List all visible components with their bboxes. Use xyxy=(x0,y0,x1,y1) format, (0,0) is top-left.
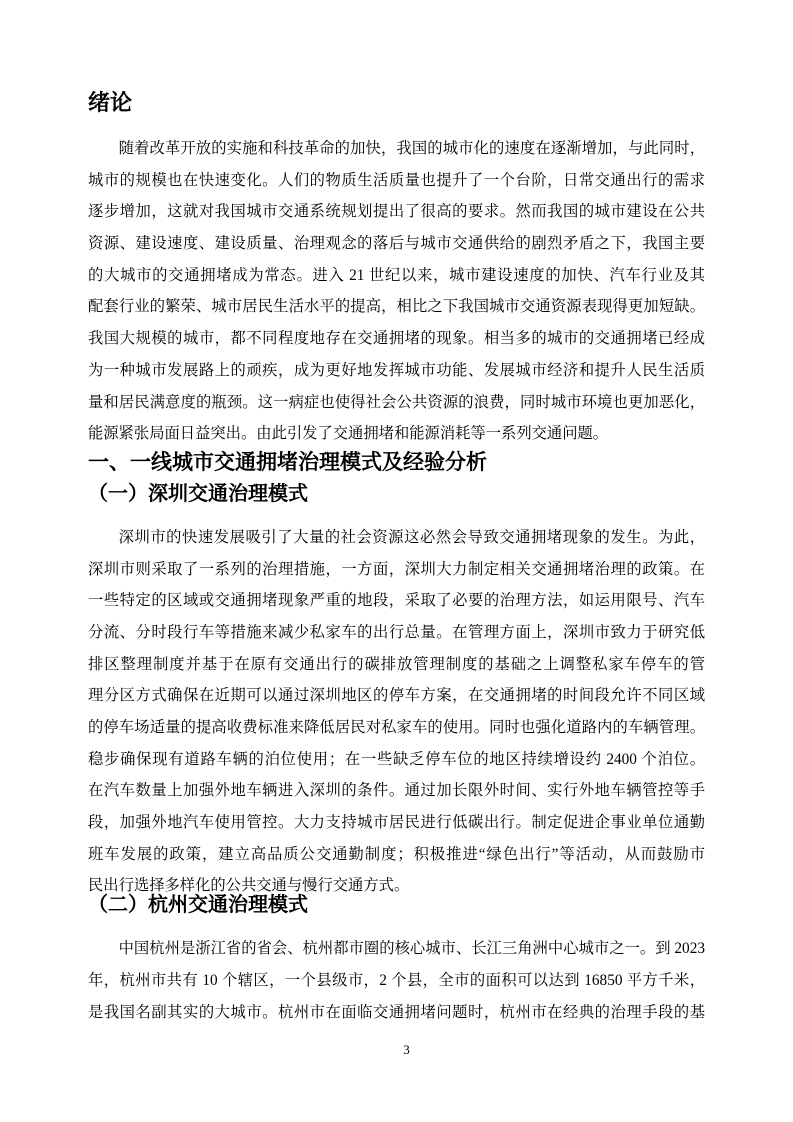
paragraph-line: 分流、分时段行车等措施来减少私家车的出行总量。在管理方面上，深圳市致力于研究低 xyxy=(88,617,705,649)
paragraph-line: 稳步确保现有道路车辆的泊位使用；在一些缺乏停车位的地区持续增设约 2400 个泊… xyxy=(88,744,705,776)
paragraph-line: 是我国名副其实的大城市。杭州市在面临交通拥堵问题时，杭州市在经典的治理手段的基 xyxy=(88,997,705,1029)
shenzhen-paragraph: 深圳市的快速发展吸引了大量的社会资源这必然会导致交通拥堵现象的发生。为此，深圳市… xyxy=(88,522,705,902)
document-page: 绪论 随着改革开放的实施和科技革命的加快，我国的城市化的速度在逐渐增加，与此同时… xyxy=(0,0,793,1122)
intro-paragraph: 随着改革开放的实施和科技革命的加快，我国的城市化的速度在逐渐增加，与此同时，城市… xyxy=(88,133,705,450)
paragraph-line: 年，杭州市共有 10 个辖区，一个县级市，2 个县，全市的面积可以达到 1685… xyxy=(88,965,705,997)
subsection-heading-shenzhen: （一）深圳交通治理模式 xyxy=(88,483,705,506)
paragraph-line: 一些特定的区域或交通拥堵现象严重的地段，采取了必要的治理方法，如运用限号、汽车 xyxy=(88,585,705,617)
paragraph-line: 我国大规模的城市，都不同程度地存在交通拥堵的现象。相当多的城市的交通拥堵已经成 xyxy=(88,323,705,355)
paragraph-line: 配套行业的繁荣、城市居民生活水平的提高，相比之下我国城市交通资源表现得更加短缺。 xyxy=(88,291,705,323)
paragraph-line: 排区整理制度并基于在原有交通出行的碳排放管理制度的基础之上调整私家车停车的管 xyxy=(88,649,705,681)
paragraph-line: 的大城市的交通拥堵成为常态。进入 21 世纪以来，城市建设速度的加快、汽车行业及… xyxy=(88,260,705,292)
paragraph-line: 为一种城市发展路上的顽疾，成为更好地发挥城市功能、发展城市经济和提升人民生活质 xyxy=(88,355,705,387)
paragraph-line: 城市的规模也在快速变化。人们的物质生活质量也提升了一个台阶，日常交通出行的需求 xyxy=(88,165,705,197)
paragraph-line: 资源、建设速度、建设质量、治理观念的落后与城市交通供给的剧烈矛盾之下，我国主要 xyxy=(88,228,705,260)
paragraph-line: 能源紧张局面日益突出。由此引发了交通拥堵和能源消耗等一系列交通问题。 xyxy=(88,418,705,450)
hangzhou-paragraph: 中国杭州是浙江省的省会、杭州都市圈的核心城市、长江三角洲中心城市之一。到 202… xyxy=(88,933,705,1028)
paragraph-line: 段，加强外地汽车使用管控。大力支持城市居民进行低碳出行。制定促进企事业单位通勤 xyxy=(88,807,705,839)
paragraph-line: 的停车场适量的提高收费标准来降低居民对私家车的使用。同时也强化道路内的车辆管理。 xyxy=(88,712,705,744)
paragraph-line: 深圳市则采取了一系列的治理措施，一方面，深圳大力制定相关交通拥堵治理的政策。在 xyxy=(88,554,705,586)
page-number: 3 xyxy=(98,1042,715,1057)
paragraph-line: 中国杭州是浙江省的省会、杭州都市圈的核心城市、长江三角洲中心城市之一。到 202… xyxy=(88,933,705,965)
paragraph-line: 理分区方式确保在近期可以通过深圳地区的停车方案，在交通拥堵的时间段允许不同区域 xyxy=(88,680,705,712)
paragraph-line: 在汽车数量上加强外地车辆进入深圳的条件。通过加长限外时间、实行外地车辆管控等手 xyxy=(88,775,705,807)
paragraph-line: 逐步增加，这就对我国城市交通系统规划提出了很高的要求。然而我国的城市建设在公共 xyxy=(88,196,705,228)
paragraph-line: 量和居民满意度的瓶颈。这一病症也使得社会公共资源的浪费，同时城市环境也更加恶化， xyxy=(88,387,705,419)
section-heading-congestion-models: 一、一线城市交通拥堵治理模式及经验分析 xyxy=(88,450,705,475)
paragraph-line: 随着改革开放的实施和科技革命的加快，我国的城市化的速度在逐渐增加，与此同时， xyxy=(88,133,705,165)
paragraph-line: 班车发展的政策，建立高品质公交通勤制度；积极推进“绿色出行”等活动，从而鼓励市 xyxy=(88,839,705,871)
paragraph-line: 深圳市的快速发展吸引了大量的社会资源这必然会导致交通拥堵现象的发生。为此， xyxy=(88,522,705,554)
document-title: 绪论 xyxy=(88,90,705,116)
